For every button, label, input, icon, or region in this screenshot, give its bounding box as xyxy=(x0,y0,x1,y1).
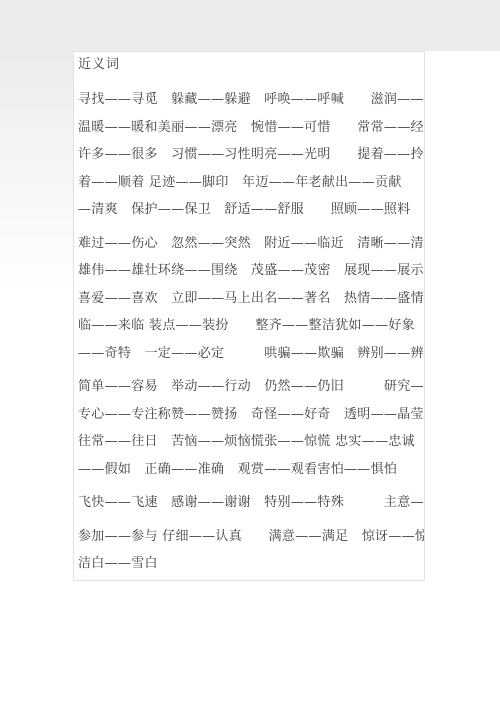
paragraph: 简单——容易 举动——行动 仍然——仍旧 研究——探索专心——专注称赞——赞扬 … xyxy=(78,373,420,483)
document-page: 近义词 寻找——寻觅 躲藏——躲避 呼唤——呼喊 滋润——滋养温暖——暖和美丽—… xyxy=(73,51,425,581)
text-line: —清爽 保护——保卫 舒适——舒服 照顾——照料 xyxy=(78,196,420,224)
text-line: ——假如 正确——准确 观赏——观看害怕——惧怕 xyxy=(78,456,420,484)
text-line: 许多——很多 习惯——习性明亮——光明 提着——拎着 沿 xyxy=(78,141,420,169)
background-left-band xyxy=(0,51,73,291)
paragraph: 参加——参与 仔细——认真 满意——满足 惊讶——惊奇洁白——雪白 xyxy=(78,523,420,578)
document-title: 近义词 xyxy=(78,55,420,75)
paragraph: 难过——伤心 忽然——突然 附近——临近 清晰——清楚雄伟——雄壮环绕——围绕 … xyxy=(78,230,420,368)
background-top-band xyxy=(0,0,500,51)
text-line: 寻找——寻觅 躲藏——躲避 呼唤——呼喊 滋润——滋养 xyxy=(78,86,420,114)
text-line: 洁白——雪白 xyxy=(78,550,420,578)
text-line: 参加——参与 仔细——认真 满意——满足 惊讶——惊奇 xyxy=(78,523,420,551)
paragraph: 飞快——飞速 感谢——谢谢 特别——特殊 主意——办法 xyxy=(78,489,420,517)
text-line: 专心——专注称赞——赞扬 奇怪——好奇 透明——晶莹 xyxy=(78,401,420,429)
text-line: 雄伟——雄壮环绕——围绕 茂盛——茂密 展现——展示 xyxy=(78,257,420,285)
paragraph: 寻找——寻觅 躲藏——躲避 呼唤——呼喊 滋润——滋养温暖——暖和美丽——漂亮 … xyxy=(78,86,420,224)
text-line: 简单——容易 举动——行动 仍然——仍旧 研究——探索 xyxy=(78,373,420,401)
text-line: 着——顺着 足迹——脚印 年迈——年老献出——贡献 清新— xyxy=(78,169,420,197)
text-line: 往常——往日 苦恼——烦恼慌张——惊慌 忠实——忠诚 要是 xyxy=(78,428,420,456)
text-line: 飞快——飞速 感谢——谢谢 特别——特殊 主意——办法 xyxy=(78,489,420,517)
synonym-list: 寻找——寻觅 躲藏——躲避 呼唤——呼喊 滋润——滋养温暖——暖和美丽——漂亮 … xyxy=(78,86,420,578)
text-line: ——奇特 一定——必定 哄骗——欺骗 辨别——辨认 xyxy=(78,340,420,368)
text-line: 喜爱——喜欢 立即——马上出名——著名 热情——盛情 降 xyxy=(78,285,420,313)
text-line: 温暖——暖和美丽——漂亮 惋惜——可惜 常常——经常 xyxy=(78,114,420,142)
text-line: 临——来临 装点——装扮 整齐——整洁犹如——好象 奇怪 xyxy=(78,312,420,340)
text-line: 难过——伤心 忽然——突然 附近——临近 清晰——清楚 xyxy=(78,230,420,258)
